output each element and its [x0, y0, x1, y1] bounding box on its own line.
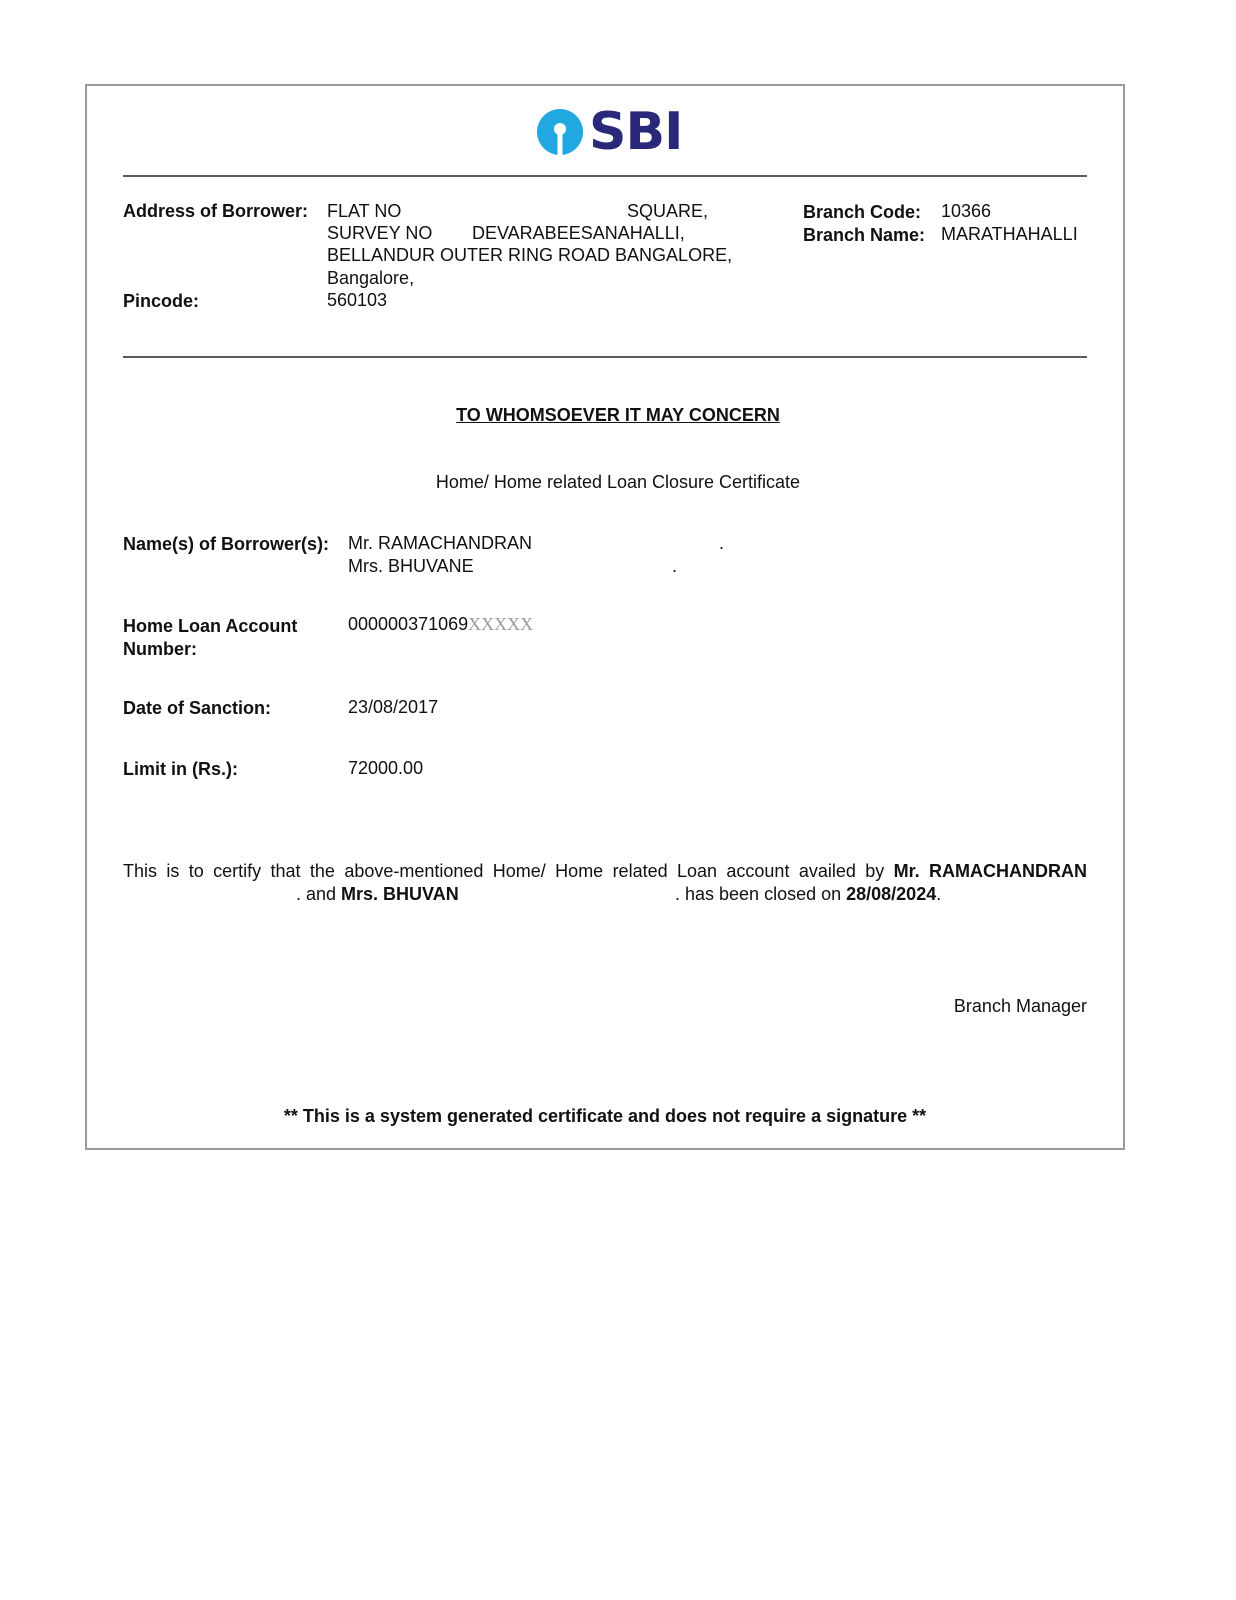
header-divider-bottom — [123, 356, 1087, 358]
address-line-2-tail: DEVARABEESANAHALLI, — [472, 222, 685, 244]
borrower-1-name: Mr. RAMACHANDRAN — [348, 532, 532, 554]
limit-value: 72000.00 — [348, 757, 423, 779]
pincode-label: Pincode: — [123, 290, 199, 312]
account-label-line-1: Home Loan Account — [123, 615, 297, 637]
sbi-logo: SBI — [537, 104, 682, 160]
account-label-line-2: Number: — [123, 638, 197, 660]
limit-label: Limit in (Rs.): — [123, 758, 238, 780]
header-divider-top — [123, 175, 1087, 177]
account-number-visible: 000000371069 — [348, 614, 468, 634]
borrower-2-dot: . — [672, 555, 677, 577]
certificate-heading: TO WHOMSOEVER IT MAY CONCERN — [0, 405, 1236, 426]
certification-middle: . has been closed on — [675, 884, 846, 904]
account-number: 000000371069XXXXX — [348, 613, 533, 635]
pincode-value: 560103 — [327, 289, 387, 311]
sbi-keyhole-logo-icon — [537, 109, 583, 155]
branch-code-label: Branch Code: — [803, 201, 921, 223]
certification-suffix: . — [936, 884, 941, 904]
branch-manager-signoff: Branch Manager — [954, 996, 1087, 1017]
certification-line-2: . and Mrs. BHUVAN — [296, 883, 459, 906]
account-number-masked: XXXXX — [468, 614, 533, 634]
certification-joiner: . and — [296, 884, 341, 904]
certification-paragraph: This is to certify that the above-mentio… — [123, 860, 1087, 883]
address-label: Address of Borrower: — [123, 200, 308, 222]
address-line-1-tail: SQUARE, — [627, 200, 708, 222]
branch-code-value: 10366 — [941, 200, 991, 222]
borrower-2-name: Mrs. BHUVANE — [348, 555, 474, 577]
certification-prefix: This is to certify that the above-mentio… — [123, 861, 894, 881]
borrowers-label: Name(s) of Borrower(s): — [123, 533, 329, 555]
sanction-date-value: 23/08/2017 — [348, 696, 438, 718]
certification-borrower-2: Mrs. BHUVAN — [341, 884, 459, 904]
certificate-subtitle: Home/ Home related Loan Closure Certific… — [0, 472, 1236, 493]
address-line-4: Bangalore, — [327, 267, 414, 289]
certification-line-1: This is to certify that the above-mentio… — [123, 860, 1087, 883]
system-generated-note: ** This is a system generated certificat… — [0, 1106, 1210, 1127]
address-line-2: SURVEY NO — [327, 222, 432, 244]
branch-name-value: MARATHAHALLI — [941, 223, 1078, 245]
closure-date: 28/08/2024 — [846, 884, 936, 904]
certification-borrower-1: Mr. RAMACHANDRAN — [894, 861, 1087, 881]
address-line-3: BELLANDUR OUTER RING ROAD BANGALORE, — [327, 244, 732, 266]
sbi-wordmark: SBI — [589, 104, 682, 160]
borrower-1-dot: . — [719, 532, 724, 554]
sanction-date-label: Date of Sanction: — [123, 697, 271, 719]
certification-line-2-tail: . has been closed on 28/08/2024. — [675, 883, 941, 906]
address-line-1: FLAT NO — [327, 200, 401, 222]
branch-name-label: Branch Name: — [803, 224, 925, 246]
